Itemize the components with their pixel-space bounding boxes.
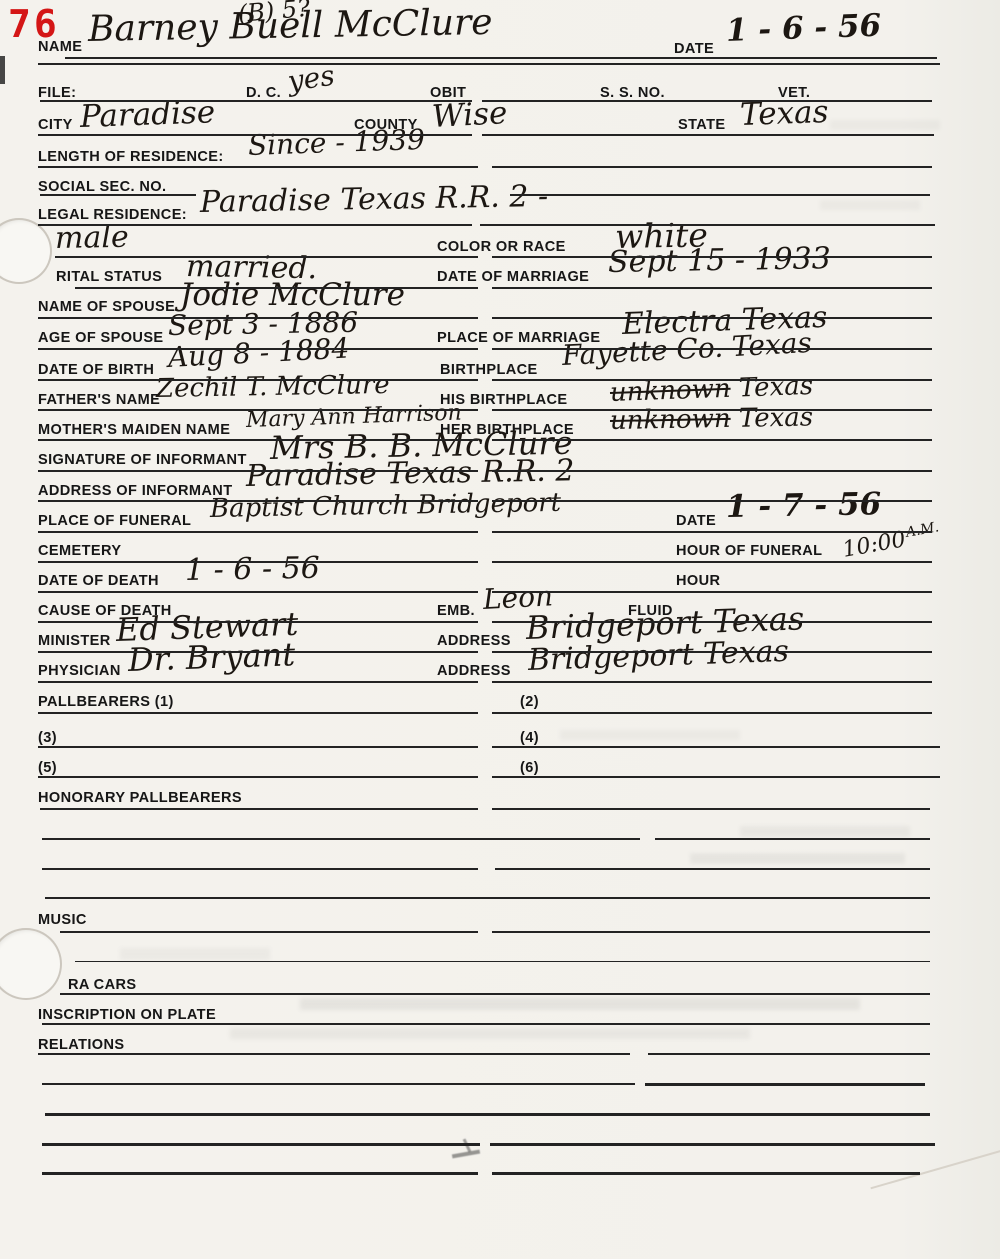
rule-line (38, 531, 478, 533)
bleedthrough-artifact (740, 826, 910, 837)
music-label: MUSIC (38, 911, 87, 928)
physician-address-value: Bridgeport Texas (527, 637, 789, 676)
rule-line (492, 348, 932, 350)
his-birthplace-value: unknown Texas (610, 373, 814, 406)
rule-line (75, 287, 478, 289)
hour-label: HOUR (676, 572, 720, 589)
bleedthrough-artifact (230, 1028, 750, 1039)
rule-line (492, 561, 932, 563)
bleedthrough-artifact (300, 998, 860, 1010)
rule-line (38, 63, 940, 65)
date-top-value: 1 - 6 - 56 (725, 11, 881, 47)
birthplace-label: BIRTHPLACE (440, 361, 538, 378)
physician-label: PHYSICIAN (38, 662, 121, 679)
length-of-residence-label: LENGTH OF RESIDENCE: (38, 148, 224, 165)
rule-line (38, 470, 478, 472)
rule-line (648, 1053, 930, 1055)
rule-line (42, 1023, 930, 1025)
rule-line (42, 838, 640, 840)
cemetery-label: CEMETERY (38, 542, 121, 559)
rule-line (490, 1143, 935, 1146)
rule-line (645, 1083, 925, 1086)
rule-line (492, 409, 932, 411)
bleedthrough-artifact (820, 200, 920, 210)
rule-line (38, 224, 472, 226)
rule-line (38, 746, 478, 748)
length-of-residence-value: Since - 1939 (248, 126, 426, 160)
sex-value: male (55, 223, 129, 254)
rule-line (38, 1053, 630, 1055)
city-label: CITY (38, 116, 73, 133)
rule-line (65, 57, 937, 59)
place-of-funeral-label: PLACE OF FUNERAL (38, 512, 191, 529)
rule-line (482, 100, 932, 102)
county-value: Wise (431, 98, 508, 133)
paper-crease (870, 1149, 1000, 1190)
rule-line (38, 621, 478, 623)
rule-line (38, 348, 478, 350)
city-value: Paradise (79, 97, 215, 133)
scan-edge-mark (0, 56, 5, 84)
state-value: Texas (739, 97, 829, 131)
mothers-maiden-name-label: MOTHER'S MAIDEN NAME (38, 421, 230, 438)
rule-line (492, 591, 932, 593)
rule-line (75, 961, 930, 962)
rule-line (492, 379, 932, 381)
color-or-race-label: COLOR OR RACE (437, 238, 566, 255)
rule-line (510, 194, 930, 196)
rule-line (45, 1113, 930, 1116)
rule-line (60, 931, 478, 933)
ink-smudge (452, 1150, 480, 1159)
rule-line (492, 651, 932, 653)
rule-line (492, 681, 932, 683)
bleedthrough-artifact (560, 730, 740, 740)
ssno-label: S. S. NO. (600, 84, 665, 101)
rule-line (38, 651, 478, 653)
address-of-informant-value: Paradise Texas R.R. 2 (246, 456, 575, 492)
funeral-record-form: 76 (B) 5? NAME Barney Buell McClure DATE… (0, 0, 1000, 1259)
name-of-spouse-label: NAME OF SPOUSE (38, 298, 175, 315)
rule-line (55, 256, 478, 258)
pallbearers-label: PALLBEARERS (1) (38, 693, 174, 710)
hole-punch-bottom (0, 928, 62, 1000)
place-of-funeral-value: Baptist Church Bridgeport (210, 490, 562, 522)
rule-line (38, 500, 478, 502)
rule-line (38, 681, 478, 683)
rule-line (38, 409, 478, 411)
marital-status-label: RITAL STATUS (56, 268, 162, 285)
physician-value: Dr. Bryant (127, 638, 295, 676)
rule-line (40, 808, 478, 810)
rule-line (42, 1083, 635, 1085)
bleedthrough-artifact (120, 948, 270, 960)
rule-line (492, 500, 932, 502)
rule-line (42, 1172, 478, 1175)
rule-line (492, 621, 932, 623)
rule-line (492, 470, 932, 472)
fathers-name-label: FATHER'S NAME (38, 391, 160, 408)
rule-line (492, 287, 932, 289)
date-of-death-label: DATE OF DEATH (38, 572, 159, 589)
legal-residence-value: Paradise Texas R.R. 2 - (200, 182, 549, 218)
pallbearer-6-label: (6) (520, 759, 539, 776)
rule-line (482, 134, 934, 136)
rule-line (38, 439, 478, 441)
age-of-spouse-label: AGE OF SPOUSE (38, 329, 164, 346)
dc-label: D. C. (246, 84, 281, 101)
rule-line (492, 746, 940, 748)
date-of-marriage-value: Sept 15 - 1933 (608, 244, 831, 278)
rule-line (38, 712, 478, 714)
pallbearer-2-label: (2) (520, 693, 539, 710)
rule-line (38, 379, 478, 381)
hour-of-funeral-label: HOUR OF FUNERAL (676, 542, 822, 559)
rule-line (60, 993, 930, 995)
name-value: Barney Buell McClure (88, 5, 493, 48)
extra-cars-label: RA CARS (68, 976, 136, 993)
funeral-date-value: 1 - 7 - 56 (726, 489, 882, 523)
rule-line (42, 868, 478, 870)
rule-line (38, 776, 478, 778)
rule-line (38, 317, 478, 319)
inscription-on-plate-label: INSCRIPTION ON PLATE (38, 1006, 216, 1023)
minister-address-label: ADDRESS (437, 632, 511, 649)
rule-line (45, 897, 930, 899)
physician-address-label: ADDRESS (437, 662, 511, 679)
rule-line (38, 166, 478, 168)
hour-of-funeral-value: 10:00 (841, 529, 907, 562)
rule-line (38, 561, 478, 563)
his-birthplace-state-text: Texas (738, 371, 813, 404)
funeral-date-label: DATE (676, 512, 716, 529)
date-of-birth-value: Aug 8 - 1884 (167, 335, 350, 372)
fathers-name-value: Zechil T. McClure (156, 372, 390, 402)
rule-line (492, 531, 932, 533)
file-label: FILE: (38, 84, 76, 101)
date-of-marriage-label: DATE OF MARRIAGE (437, 268, 589, 285)
signature-of-informant-label: SIGNATURE OF INFORMANT (38, 451, 247, 468)
minister-label: MINISTER (38, 632, 111, 649)
rule-line (492, 317, 932, 319)
rule-line (492, 166, 932, 168)
rule-line (492, 256, 932, 258)
pallbearer-4-label: (4) (520, 729, 539, 746)
bleedthrough-artifact (690, 853, 905, 864)
date-of-death-value: 1 - 6 - 56 (185, 554, 320, 586)
rule-line (492, 439, 932, 441)
honorary-pallbearers-label: HONORARY PALLBEARERS (38, 789, 242, 806)
rule-line (655, 838, 930, 840)
rule-line (480, 224, 935, 226)
state-label: STATE (678, 116, 725, 133)
rule-line (40, 194, 196, 196)
relations-label: RELATIONS (38, 1036, 124, 1053)
dc-value: yes (286, 62, 336, 96)
rule-line (495, 868, 930, 870)
rule-line (42, 1143, 480, 1146)
rule-line (492, 712, 932, 714)
name-label: NAME (38, 38, 82, 55)
social-sec-no-label: SOCIAL SEC. NO. (38, 178, 166, 195)
hole-punch-top (0, 218, 52, 284)
rule-line (40, 100, 472, 102)
emb-label: EMB. (437, 602, 475, 619)
bleedthrough-artifact (830, 120, 940, 130)
pallbearer-5-label: (5) (38, 759, 57, 776)
rule-line (492, 931, 930, 933)
rule-line (38, 591, 478, 593)
rule-line (492, 776, 940, 778)
date-top-label: DATE (674, 40, 714, 57)
date-of-birth-label: DATE OF BIRTH (38, 361, 154, 378)
rule-line (492, 1172, 920, 1175)
rule-line (38, 134, 472, 136)
her-birthplace-state-text: Texas (739, 402, 814, 433)
address-of-informant-label: ADDRESS OF INFORMANT (38, 482, 232, 499)
rule-line (492, 808, 930, 810)
pallbearer-3-label: (3) (38, 729, 57, 746)
